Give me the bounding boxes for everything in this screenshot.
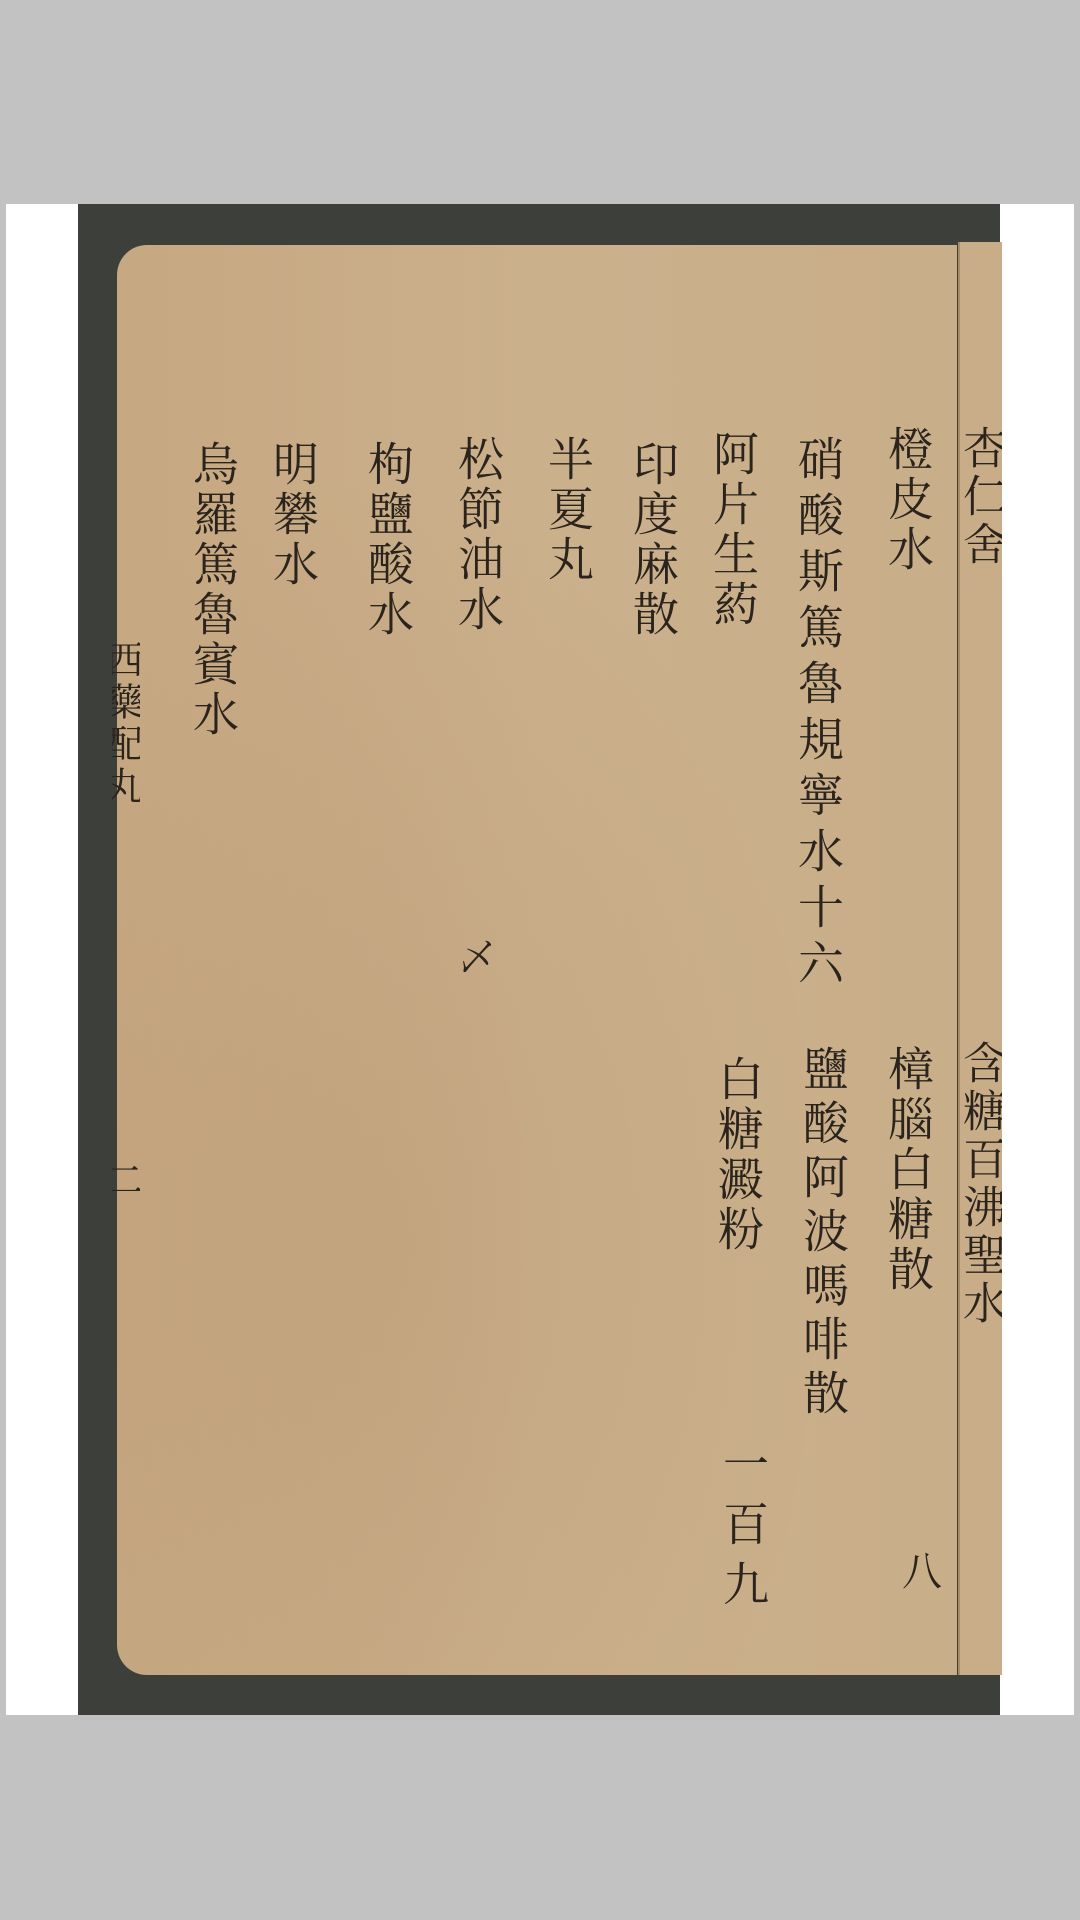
text-column: 硝酸斯篤魯規寧水十六 bbox=[795, 435, 841, 995]
middle-mark: 乄 bbox=[460, 930, 496, 981]
text-column: 阿片生葯 bbox=[710, 430, 756, 630]
text-column: 明礬水 bbox=[270, 440, 316, 590]
margin-lower-mark: 二 bbox=[112, 1160, 140, 1240]
text-column: 枸鹽酸水 bbox=[365, 440, 411, 640]
page-number: 一百九 bbox=[720, 1440, 766, 1620]
text-column: 松節油水 bbox=[455, 435, 501, 635]
text-column: 烏羅篤魯賓水 bbox=[190, 440, 236, 740]
text-column: 白糖澱粉 bbox=[715, 1055, 761, 1255]
text-column: 橙皮水 bbox=[885, 425, 931, 575]
text-column: 半夏丸 bbox=[545, 435, 591, 585]
edge-column-top: 杏仁舍 bbox=[962, 425, 1002, 585]
text-column: 鹽酸阿波嗎啡散 bbox=[800, 1045, 846, 1423]
text-column: 印度麻散 bbox=[630, 440, 676, 640]
secondary-page-number: 八 bbox=[902, 1540, 942, 1597]
margin-title: 西藥配丸 bbox=[112, 640, 140, 860]
text-column: 樟腦白糖散 bbox=[885, 1045, 931, 1295]
edge-column-bottom: 含糖百沸聖水 bbox=[962, 1040, 1002, 1360]
